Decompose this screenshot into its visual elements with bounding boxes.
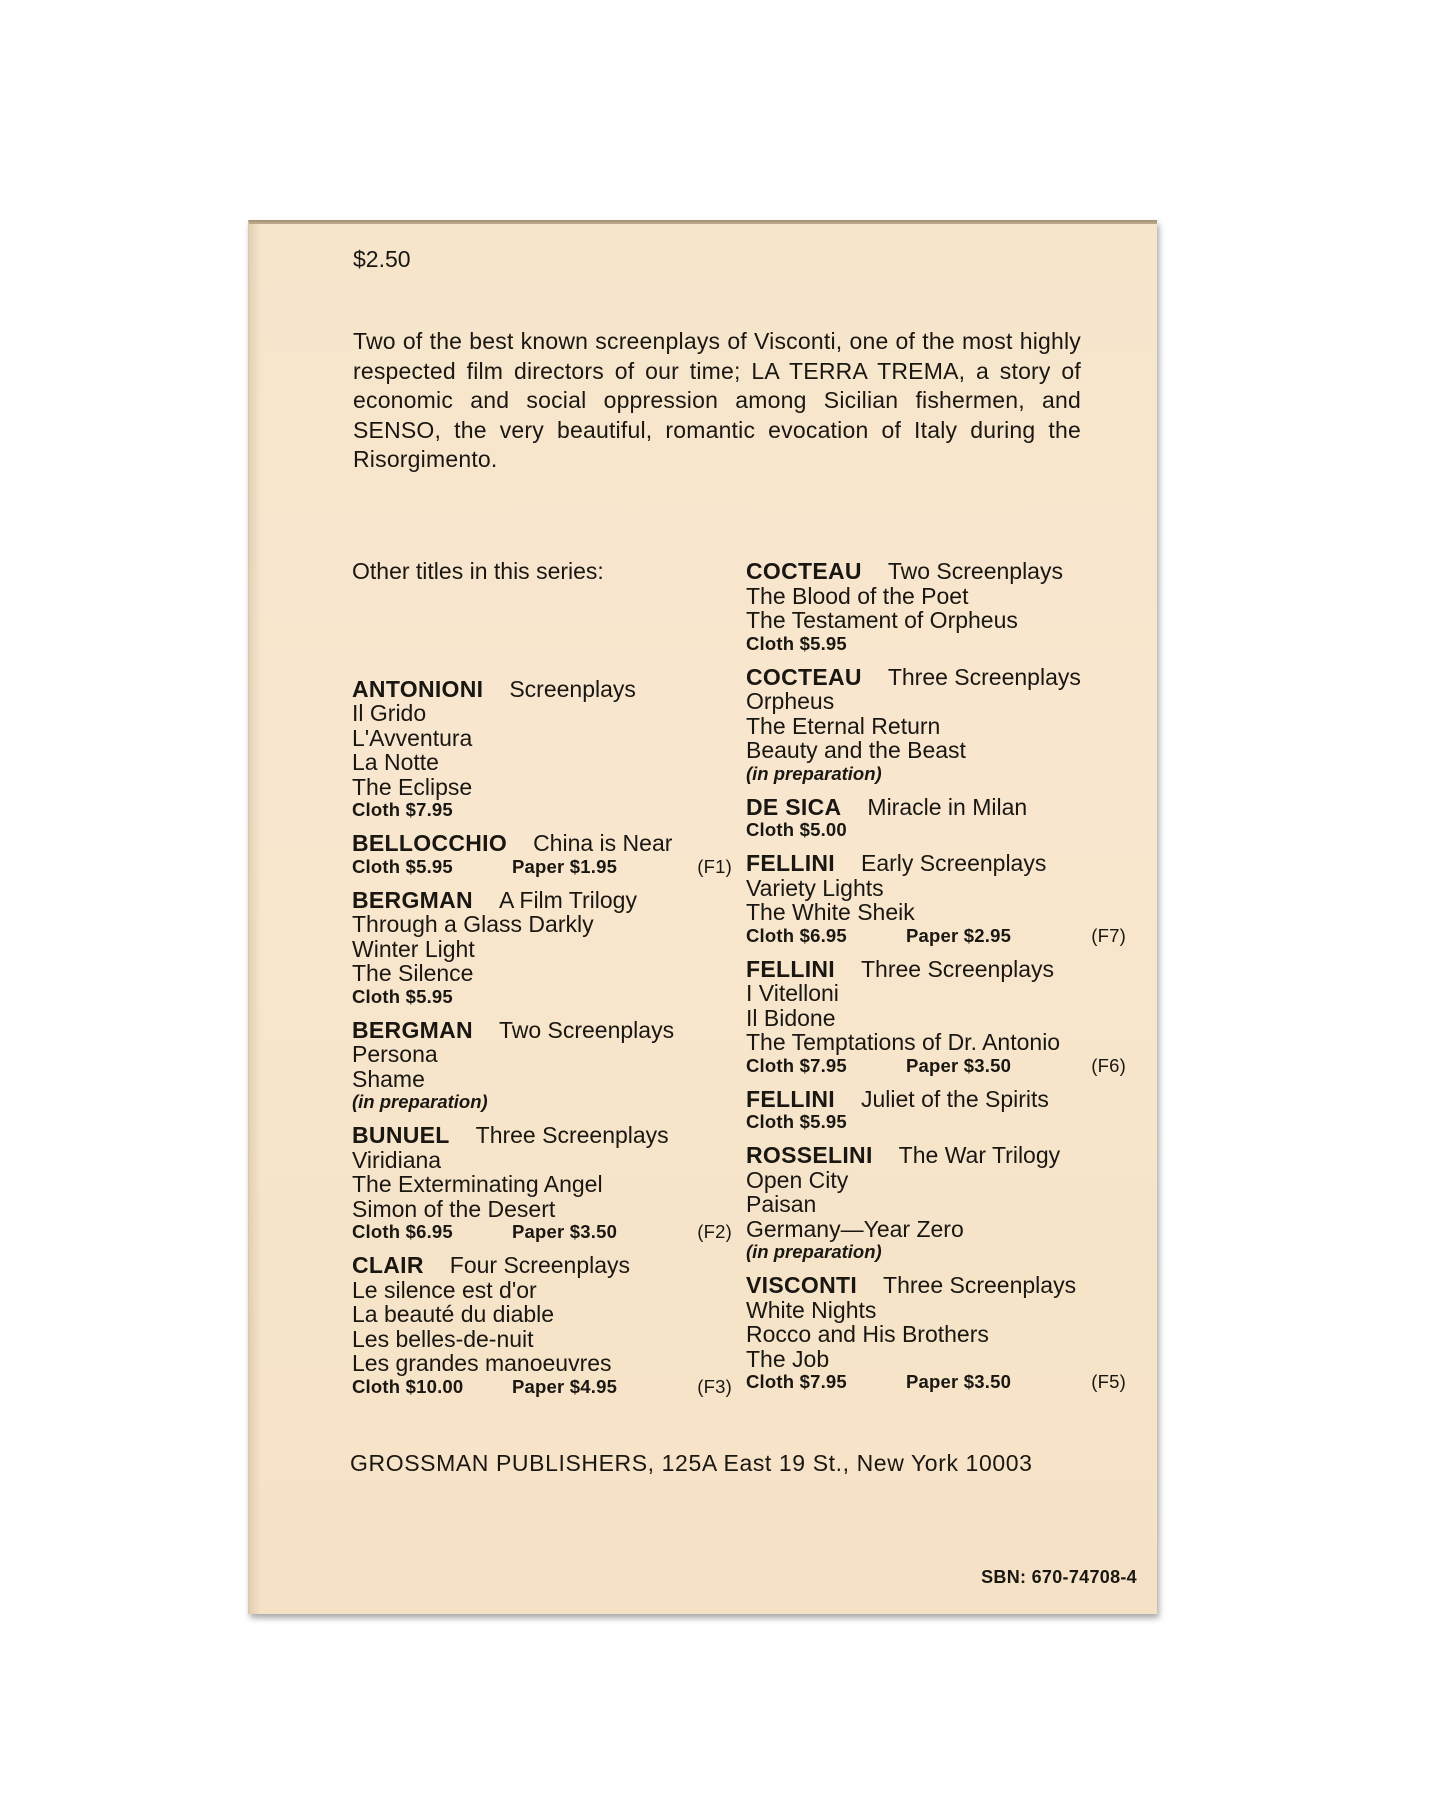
collection-title: Two Screenplays xyxy=(499,1017,674,1043)
film-title: La Notte xyxy=(352,750,732,775)
entry-heading: ROSSELINIThe War Trilogy xyxy=(746,1143,1126,1168)
entry-heading: BERGMANTwo Screenplays xyxy=(352,1018,732,1043)
paper-price: Paper $4.95 xyxy=(512,1376,672,1397)
paper-price: Paper $3.50 xyxy=(906,1055,1066,1076)
collection-title: Early Screenplays xyxy=(861,850,1046,876)
film-title: Orpheus xyxy=(746,689,1126,714)
series-code: (F5) xyxy=(1091,1371,1126,1392)
film-title: Les grandes manoeuvres xyxy=(352,1351,732,1376)
director-name: ROSSELINI xyxy=(746,1142,873,1168)
series-entry: BERGMANA Film TrilogyThrough a Glass Dar… xyxy=(352,888,732,1007)
film-title: Germany—Year Zero xyxy=(746,1217,1126,1242)
series-entry: FELLINIJuliet of the SpiritsCloth $5.95 xyxy=(746,1087,1126,1133)
series-entry: BUNUELThree ScreenplaysViridianaThe Exte… xyxy=(352,1123,732,1242)
entry-heading: CLAIRFour Screenplays xyxy=(352,1253,732,1278)
director-name: ANTONIONI xyxy=(352,676,483,702)
series-code: (F7) xyxy=(1091,925,1126,946)
cloth-price: Cloth $10.00 xyxy=(352,1376,512,1397)
series-code: (F2) xyxy=(697,1221,732,1242)
series-entry: CLAIRFour ScreenplaysLe silence est d'or… xyxy=(352,1253,732,1397)
price-line: Cloth $5.00 xyxy=(746,819,1126,840)
entry-heading: BELLOCCHIOChina is Near xyxy=(352,831,732,856)
series-list-left: Other titles in this series: ANTONIONISc… xyxy=(352,559,732,1408)
director-name: FELLINI xyxy=(746,850,835,876)
series-code: (F3) xyxy=(697,1376,732,1397)
director-name: CLAIR xyxy=(352,1252,424,1278)
director-name: BERGMAN xyxy=(352,1017,473,1043)
cloth-price: Cloth $7.95 xyxy=(352,799,512,820)
series-code: (F6) xyxy=(1091,1055,1126,1076)
entry-heading: FELLINIJuliet of the Spirits xyxy=(746,1087,1126,1112)
film-title: La beauté du diable xyxy=(352,1302,732,1327)
collection-title: The War Trilogy xyxy=(899,1142,1060,1168)
director-name: DE SICA xyxy=(746,794,841,820)
cloth-price: Cloth $6.95 xyxy=(746,925,906,946)
collection-title: A Film Trilogy xyxy=(499,887,637,913)
paper-price: Paper $2.95 xyxy=(906,925,1066,946)
book-description: Two of the best known screenplays of Vis… xyxy=(353,327,1081,475)
cloth-price: Cloth $5.00 xyxy=(746,819,906,840)
series-entry: FELLINIThree ScreenplaysI VitelloniIl Bi… xyxy=(746,957,1126,1076)
price-line: Cloth $5.95Paper $1.95(F1) xyxy=(352,856,732,877)
price-line: Cloth $7.95Paper $3.50(F5) xyxy=(746,1371,1126,1392)
film-title: The Silence xyxy=(352,961,732,986)
film-title: Il Grido xyxy=(352,701,732,726)
sbn-number: SBN: 670-74708-4 xyxy=(981,1567,1137,1588)
film-title: The Testament of Orpheus xyxy=(746,608,1126,633)
director-name: BELLOCCHIO xyxy=(352,830,507,856)
paper-price: Paper $3.50 xyxy=(906,1371,1066,1392)
film-title: The Eternal Return xyxy=(746,714,1126,739)
collection-title: China is Near xyxy=(533,830,672,856)
cover-price: $2.50 xyxy=(353,246,411,273)
collection-title: Two Screenplays xyxy=(888,558,1063,584)
cloth-price: Cloth $5.95 xyxy=(746,633,906,654)
film-title: Les belles-de-nuit xyxy=(352,1327,732,1352)
series-entry: DE SICAMiracle in MilanCloth $5.00 xyxy=(746,795,1126,841)
film-title: The White Sheik xyxy=(746,900,1126,925)
director-name: FELLINI xyxy=(746,956,835,982)
film-title: The Job xyxy=(746,1347,1126,1372)
film-title: Winter Light xyxy=(352,937,732,962)
entry-heading: BERGMANA Film Trilogy xyxy=(352,888,732,913)
director-name: COCTEAU xyxy=(746,558,862,584)
film-title: Shame xyxy=(352,1067,732,1092)
collection-title: Three Screenplays xyxy=(861,956,1054,982)
cloth-price: Cloth $7.95 xyxy=(746,1371,906,1392)
entry-heading: BUNUELThree Screenplays xyxy=(352,1123,732,1148)
other-titles-heading: Other titles in this series: xyxy=(352,559,732,584)
collection-title: Three Screenplays xyxy=(888,664,1081,690)
entry-heading: FELLINIThree Screenplays xyxy=(746,957,1126,982)
status-note: (in preparation) xyxy=(746,763,1126,784)
series-entry: ANTONIONIScreenplaysIl GridoL'AvventuraL… xyxy=(352,677,732,821)
film-title: Beauty and the Beast xyxy=(746,738,1126,763)
director-name: COCTEAU xyxy=(746,664,862,690)
price-line: Cloth $10.00Paper $4.95(F3) xyxy=(352,1376,732,1397)
director-name: FELLINI xyxy=(746,1086,835,1112)
publisher-address: GROSSMAN PUBLISHERS, 125A East 19 St., N… xyxy=(350,1450,1033,1477)
film-title: Variety Lights xyxy=(746,876,1126,901)
series-entry: VISCONTIThree ScreenplaysWhite NightsRoc… xyxy=(746,1273,1126,1392)
price-line: Cloth $7.95 xyxy=(352,799,732,820)
film-title: Le silence est d'or xyxy=(352,1278,732,1303)
price-line: Cloth $6.95Paper $3.50(F2) xyxy=(352,1221,732,1242)
director-name: VISCONTI xyxy=(746,1272,857,1298)
collection-title: Three Screenplays xyxy=(883,1272,1076,1298)
price-line: Cloth $7.95Paper $3.50(F6) xyxy=(746,1055,1126,1076)
cloth-price: Cloth $7.95 xyxy=(746,1055,906,1076)
director-name: BERGMAN xyxy=(352,887,473,913)
film-title: I Vitelloni xyxy=(746,981,1126,1006)
entry-heading: COCTEAUThree Screenplays xyxy=(746,665,1126,690)
film-title: Through a Glass Darkly xyxy=(352,912,732,937)
entry-heading: FELLINIEarly Screenplays xyxy=(746,851,1126,876)
status-note: (in preparation) xyxy=(352,1091,732,1112)
collection-title: Four Screenplays xyxy=(450,1252,630,1278)
series-entry: BERGMANTwo ScreenplaysPersonaShame(in pr… xyxy=(352,1018,732,1113)
film-title: Persona xyxy=(352,1042,732,1067)
paper-price: Paper $3.50 xyxy=(512,1221,672,1242)
film-title: White Nights xyxy=(746,1298,1126,1323)
film-title: Open City xyxy=(746,1168,1126,1193)
film-title: The Exterminating Angel xyxy=(352,1172,732,1197)
price-line: Cloth $5.95 xyxy=(746,1111,1126,1132)
price-line: Cloth $5.95 xyxy=(352,986,732,1007)
film-title: L'Avventura xyxy=(352,726,732,751)
cloth-price: Cloth $6.95 xyxy=(352,1221,512,1242)
entry-heading: COCTEAUTwo Screenplays xyxy=(746,559,1126,584)
collection-title: Screenplays xyxy=(509,676,636,702)
collection-title: Three Screenplays xyxy=(476,1122,669,1148)
cloth-price: Cloth $5.95 xyxy=(746,1111,906,1132)
film-title: Rocco and His Brothers xyxy=(746,1322,1126,1347)
entry-heading: DE SICAMiracle in Milan xyxy=(746,795,1126,820)
price-line: Cloth $5.95 xyxy=(746,633,1126,654)
cloth-price: Cloth $5.95 xyxy=(352,986,512,1007)
series-list-right: COCTEAUTwo ScreenplaysThe Blood of the P… xyxy=(746,559,1126,1403)
film-title: The Temptations of Dr. Antonio xyxy=(746,1030,1126,1055)
price-line: Cloth $6.95Paper $2.95(F7) xyxy=(746,925,1126,946)
cloth-price: Cloth $5.95 xyxy=(352,856,512,877)
entry-heading: VISCONTIThree Screenplays xyxy=(746,1273,1126,1298)
collection-title: Juliet of the Spirits xyxy=(861,1086,1049,1112)
film-title: Viridiana xyxy=(352,1148,732,1173)
paper-price: Paper $1.95 xyxy=(512,856,672,877)
series-entry: ROSSELINIThe War TrilogyOpen CityPaisanG… xyxy=(746,1143,1126,1262)
series-entry: FELLINIEarly ScreenplaysVariety LightsTh… xyxy=(746,851,1126,946)
status-note: (in preparation) xyxy=(746,1241,1126,1262)
series-entry: COCTEAUThree ScreenplaysOrpheusThe Etern… xyxy=(746,665,1126,784)
series-code: (F1) xyxy=(697,856,732,877)
collection-title: Miracle in Milan xyxy=(867,794,1027,820)
series-entry: BELLOCCHIOChina is NearCloth $5.95Paper … xyxy=(352,831,732,877)
director-name: BUNUEL xyxy=(352,1122,450,1148)
film-title: Paisan xyxy=(746,1192,1126,1217)
book-back-cover: $2.50 Two of the best known screenplays … xyxy=(248,220,1157,1614)
film-title: The Eclipse xyxy=(352,775,732,800)
film-title: Simon of the Desert xyxy=(352,1197,732,1222)
film-title: The Blood of the Poet xyxy=(746,584,1126,609)
entry-heading: ANTONIONIScreenplays xyxy=(352,677,732,702)
film-title: Il Bidone xyxy=(746,1006,1126,1031)
series-entry: COCTEAUTwo ScreenplaysThe Blood of the P… xyxy=(746,559,1126,654)
